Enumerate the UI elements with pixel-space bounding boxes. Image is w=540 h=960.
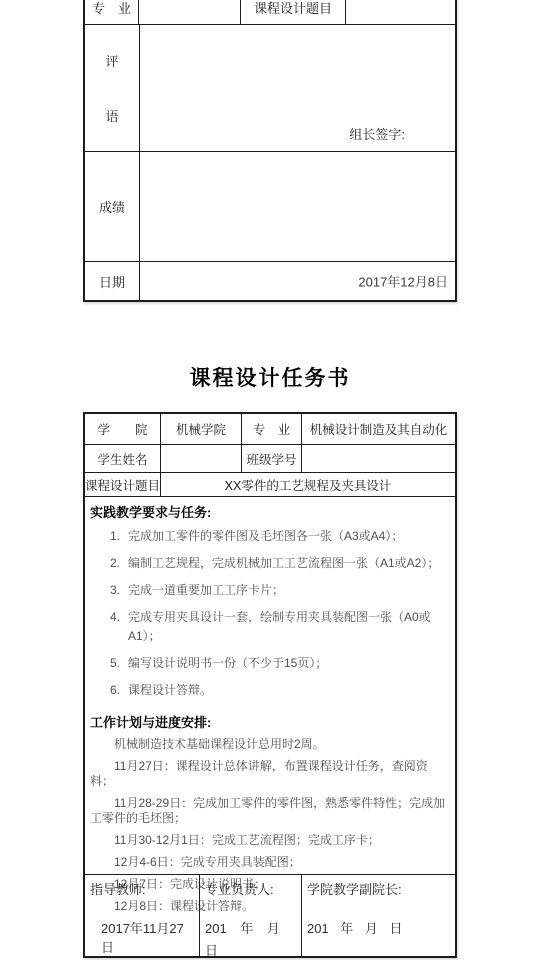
task-item: 5. 编写设计说明书一份（不少于15页）； [90,654,450,673]
advisor-label: 指导教师: [90,879,195,898]
grade-content-cell [140,152,455,261]
grade-label: 成绩 [85,152,140,261]
plan-heading: 工作计划与进度安排: [90,712,450,731]
plan-line: 11月30-12月1日：完成工艺流程图；完成工序卡； [90,833,450,848]
design-topic-label: 课程设计题目 [85,473,161,496]
comment-content-cell: 组长签字: [140,25,455,151]
dean-date: 201 年 月 日 [307,918,451,937]
task-item: 1. 完成加工零件的零件图及毛坯图各一张（A3或A4）； [90,527,450,546]
review-table: 专 业 课程设计题目 评 语 组长签字: 成绩 日期 2017年12月8日 [83,0,457,302]
comment-label-char2: 语 [105,106,118,125]
date-row: 日期 2017年12月8日 [85,262,455,300]
dean-cell: 学院教学副院长: 201 年 月 日 [302,875,455,956]
student-name-value [161,445,242,472]
advisor-date: 2017年11月27日 [90,918,195,956]
task-number: 3. [110,581,128,600]
task-text: 完成加工零件的零件图及毛坯图各一张（A3或A4）； [128,527,403,546]
requirements-and-plan-cell: 实践教学要求与任务: 1. 完成加工零件的零件图及毛坯图各一张（A3或A4）； … [85,497,455,875]
task-text: 完成专用夹具设计一套，绘制专用夹具装配图一张（A0或A1）； [128,608,450,646]
comment-label-char1: 评 [105,51,118,70]
task-item: 3. 完成一道重要加工工序卡片； [90,581,450,600]
review-date-value: 2017年12月8日 [358,272,448,291]
college-label: 学 院 [85,414,161,444]
advisor-cell: 指导教师: 2017年11月27日 [85,875,200,956]
review-header-row: 专 业 课程设计题目 [85,0,455,25]
task-table: 学 院 机械学院 专 业 机械设计制造及其自动化 学生姓名 班级学号 课程设计题… [83,412,457,958]
task-number: 5. [110,654,128,673]
document-page: 专 业 课程设计题目 评 语 组长签字: 成绩 日期 2017年12月8日 课程… [0,0,540,960]
task-text: 课程设计答辩。 [128,681,212,700]
plan-line: 机械制造技术基础课程设计总用时2周。 [90,737,450,752]
design-topic-value: XX零件的工艺规程及夹具设计 [161,473,455,496]
date-content-cell: 2017年12月8日 [140,262,455,300]
task-number: 4. [110,608,128,646]
major-label: 专 业 [242,414,302,444]
class-id-label: 班级学号 [242,445,302,472]
major-head-date: 201 年 月 日 [205,918,297,960]
major-value-cell [139,0,241,24]
task-number: 2. [110,554,128,573]
plan-line: 12月4-6日：完成专用夹具装配图； [90,855,450,870]
task-text: 编写设计说明书一份（不少于15页）； [128,654,327,673]
college-major-row: 学 院 机械学院 专 业 机械设计制造及其自动化 [85,414,455,445]
leader-signature-label: 组长签字: [349,124,405,143]
college-value: 机械学院 [161,414,242,444]
major-head-label: 专业负责人: [205,879,297,898]
class-id-value [302,445,455,472]
task-number: 6. [110,681,128,700]
task-item: 4. 完成专用夹具设计一套，绘制专用夹具装配图一张（A0或A1）； [90,608,450,646]
task-item: 6. 课程设计答辩。 [90,681,450,700]
major-head-cell: 专业负责人: 201 年 月 日 [200,875,302,956]
dean-label: 学院教学副院长: [307,879,451,898]
comment-row: 评 语 组长签字: [85,25,455,152]
plan-line: 11月28-29日：完成加工零件的零件图，熟悉零件特性；完成加工零件的毛坯图； [90,796,450,826]
major-label: 专 业 [85,0,139,24]
plan-line: 11月27日：课程设计总体讲解，布置课程设计任务，查阅资料； [90,759,450,789]
tasks-heading: 实践教学要求与任务: [90,502,450,521]
date-label: 日期 [85,262,140,300]
task-item: 2. 编制工艺规程，完成机械加工工艺流程图一张（A1或A2）； [90,554,450,573]
task-text: 编制工艺规程，完成机械加工工艺流程图一张（A1或A2）； [128,554,439,573]
task-number: 1. [110,527,128,546]
topic-row: 课程设计题目 XX零件的工艺规程及夹具设计 [85,473,455,497]
grade-row: 成绩 [85,152,455,262]
topic-value-cell [346,0,455,24]
student-name-label: 学生姓名 [85,445,161,472]
signoff-row: 指导教师: 2017年11月27日 专业负责人: 201 年 月 日 学院教学副… [85,875,455,956]
major-value: 机械设计制造及其自动化 [302,414,455,444]
task-text: 完成一道重要加工工序卡片； [128,581,284,600]
page-title: 课程设计任务书 [0,362,540,392]
topic-label: 课程设计题目 [241,0,346,24]
comment-label: 评 语 [85,25,140,151]
student-row: 学生姓名 班级学号 [85,445,455,473]
